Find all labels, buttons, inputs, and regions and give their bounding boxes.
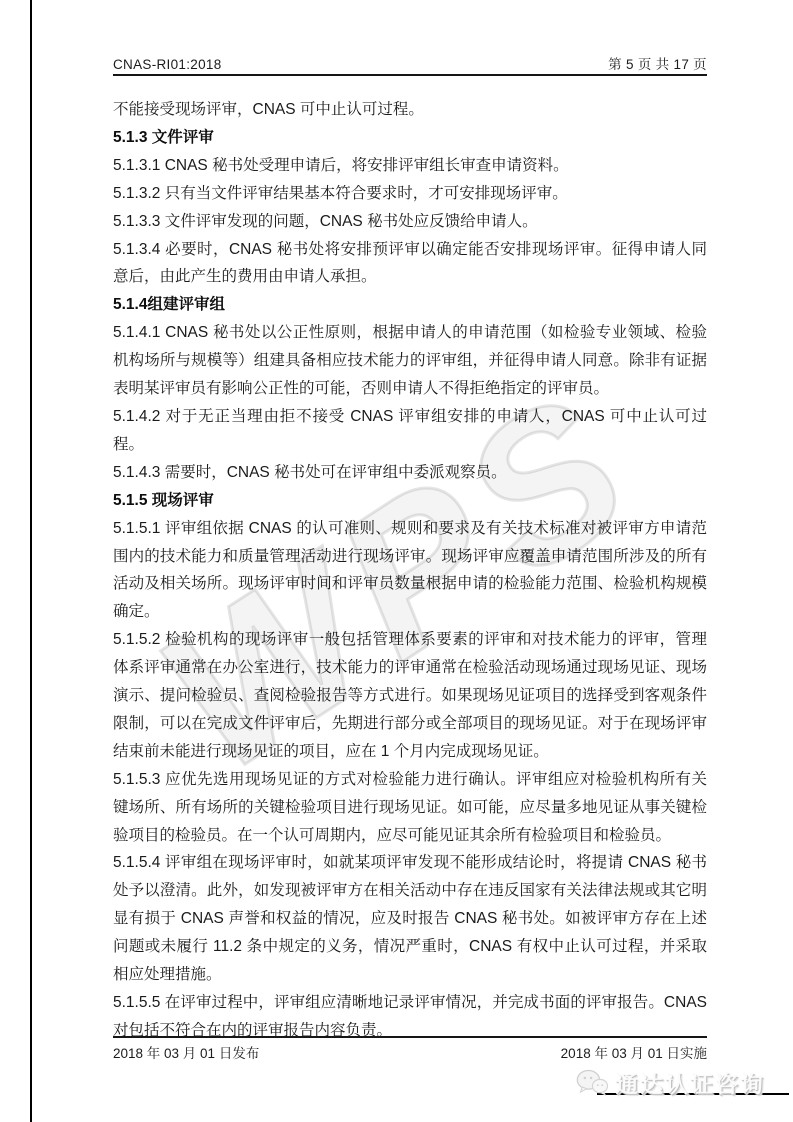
page-footer: 2018 年 03 月 01 日发布 2018 年 03 月 01 日实施 bbox=[113, 1042, 707, 1062]
bottom-border-line bbox=[597, 1093, 789, 1095]
section-heading: 5.1.3 文件评审 bbox=[113, 124, 707, 152]
page-header: CNAS-RI01:2018 第 5 页 共 17 页 bbox=[113, 53, 707, 73]
header-rule bbox=[113, 74, 707, 76]
paragraph: 5.1.5.3 应优先选用现场见证的方式对检验能力进行确认。评审组应对检验机构所… bbox=[113, 766, 707, 850]
paragraph: 5.1.3.3 文件评审发现的问题，CNAS 秘书处应反馈给申请人。 bbox=[113, 208, 707, 236]
implement-date: 2018 年 03 月 01 日实施 bbox=[561, 1042, 707, 1062]
paragraph: 5.1.3.2 只有当文件评审结果基本符合要求时，才可安排现场评审。 bbox=[113, 180, 707, 208]
paragraph: 5.1.3.1 CNAS 秘书处受理申请后，将安排评审组长审查申请资料。 bbox=[113, 152, 707, 180]
paragraph: 5.1.4.3 需要时，CNAS 秘书处可在评审组中委派观察员。 bbox=[113, 459, 707, 487]
paragraph: 5.1.4.1 CNAS 秘书处以公正性原则，根据申请人的申请范围（如检验专业领… bbox=[113, 319, 707, 403]
document-body: 不能接受现场评审，CNAS 可中止认可过程。5.1.3 文件评审5.1.3.1 … bbox=[113, 96, 707, 1045]
section-heading: 5.1.4组建评审组 bbox=[113, 291, 707, 319]
paragraph: 不能接受现场评审，CNAS 可中止认可过程。 bbox=[113, 96, 707, 124]
section-heading: 5.1.5 现场评审 bbox=[113, 487, 707, 515]
paragraph: 5.1.3.4 必要时，CNAS 秘书处将安排预评审以确定能否安排现场评审。征得… bbox=[113, 236, 707, 292]
left-border-line bbox=[30, 0, 32, 1122]
document-page: WPS CNAS-RI01:2018 第 5 页 共 17 页 不能接受现场评审… bbox=[0, 0, 793, 1122]
document-code: CNAS-RI01:2018 bbox=[113, 57, 222, 72]
paragraph: 5.1.5.5 在评审过程中，评审组应清晰地记录评审情况，并完成书面的评审报告。… bbox=[113, 989, 707, 1045]
page-number: 第 5 页 共 17 页 bbox=[608, 53, 707, 73]
issue-date: 2018 年 03 月 01 日发布 bbox=[113, 1042, 259, 1062]
paragraph: 5.1.5.2 检验机构的现场评审一般包括管理体系要素的评审和对技术能力的评审，… bbox=[113, 626, 707, 766]
paragraph: 5.1.4.2 对于无正当理由拒不接受 CNAS 评审组安排的申请人，CNAS … bbox=[113, 403, 707, 459]
paragraph: 5.1.5.4 评审组在现场评审时，如就某项评审发现不能形成结论时，将提请 CN… bbox=[113, 849, 707, 989]
paragraph: 5.1.5.1 评审组依据 CNAS 的认可准则、规则和要求及有关技术标准对被评… bbox=[113, 515, 707, 627]
wechat-icon bbox=[576, 1069, 608, 1096]
